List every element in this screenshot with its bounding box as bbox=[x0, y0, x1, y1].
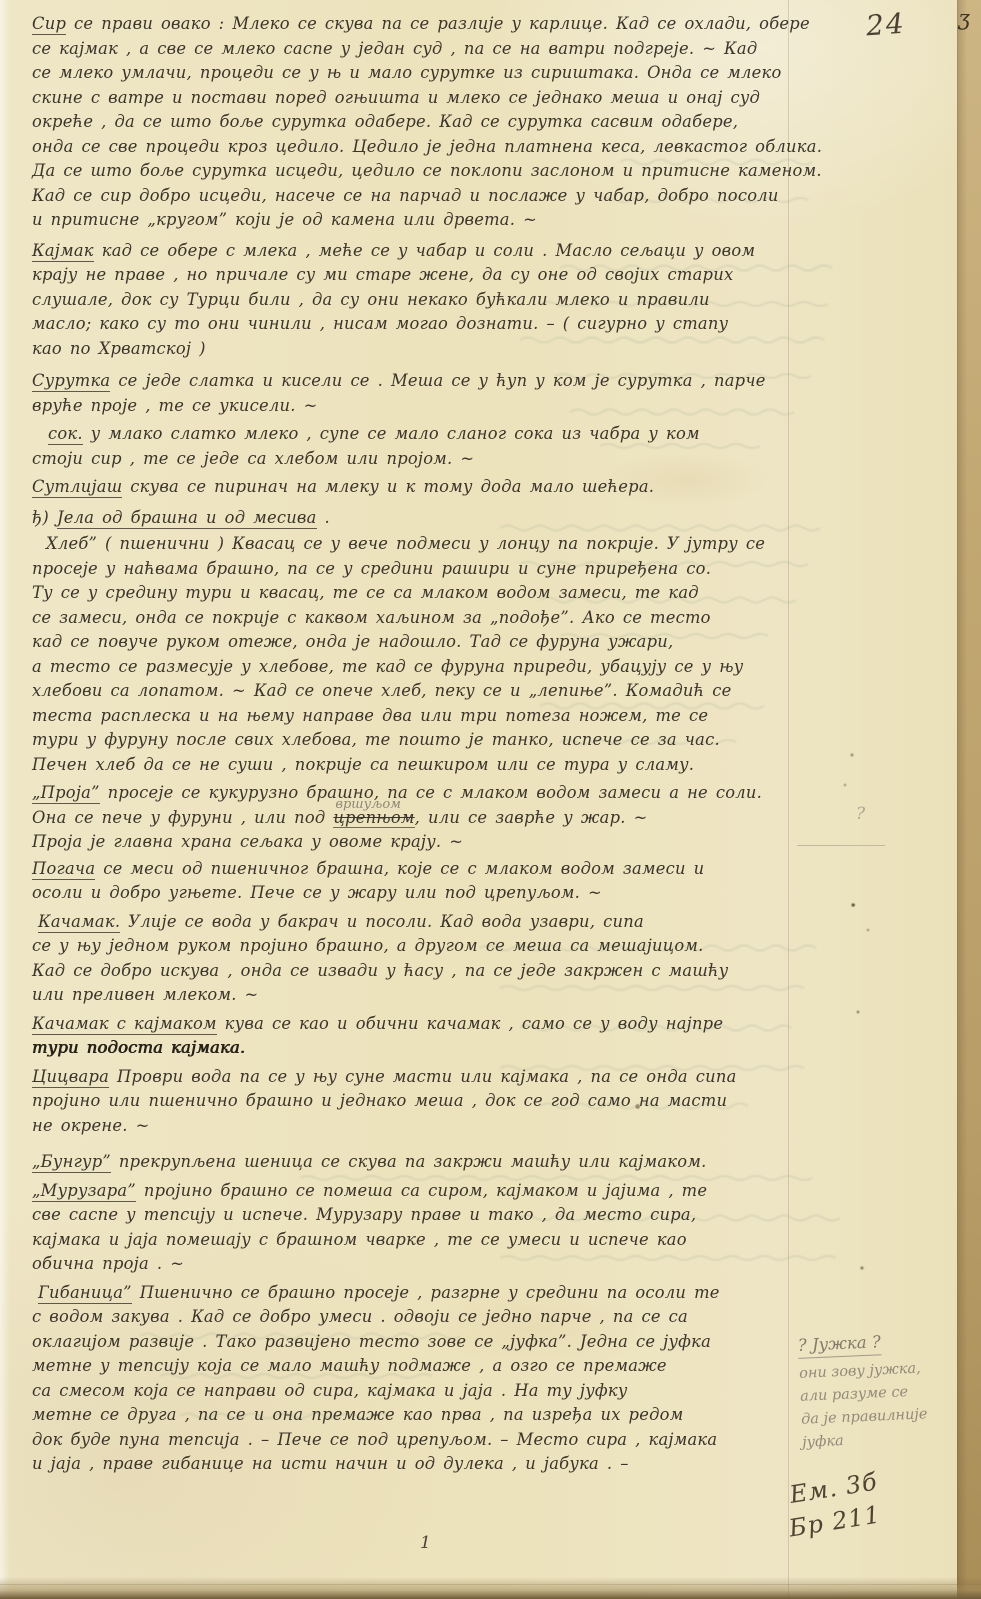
paragraph-kacamak: Качамак. Улије се вода у бакрач и посоли… bbox=[32, 910, 804, 1008]
manuscript-line: „Проја” просеје се кукурузно брашно, па … bbox=[32, 781, 804, 806]
manuscript-line: обична проја . ~ bbox=[32, 1252, 804, 1277]
left-edge-highlight bbox=[0, 0, 10, 1599]
pencil-question-mark: ? bbox=[856, 804, 865, 824]
manuscript-line: метне се друга , па се и она премаже као… bbox=[32, 1403, 804, 1428]
manuscript-line: оклагијом развије . Тако развијено тесто… bbox=[32, 1330, 804, 1355]
manuscript-line: као по Хрватској ) bbox=[32, 337, 804, 362]
manuscript-line: и јаја , праве гибанице на исти начин и … bbox=[32, 1452, 804, 1477]
manuscript-line: се кајмак , а све се млеко саспе у један… bbox=[32, 37, 804, 62]
paragraph-sok: сок. у млако слатко млеко , супе се мало… bbox=[32, 422, 804, 471]
paragraph-head: Качамак с кајмаком bbox=[32, 1014, 217, 1035]
manuscript-line: просеје у наћвама брашно, па се у средин… bbox=[32, 557, 804, 582]
manuscript-line: кајмака и јаја помешају с брашном чварке… bbox=[32, 1228, 804, 1253]
manuscript-line: док буде пуна тепсија . – Пече се под цр… bbox=[32, 1428, 804, 1453]
paragraph-head: „Бунгур” bbox=[32, 1152, 111, 1173]
manuscript-line: Сутлијаш скува се пиринач на млеку и к т… bbox=[32, 475, 804, 500]
manuscript-line: масло; како су то они чинили , нисам мог… bbox=[32, 312, 804, 337]
manuscript-line: Погача се меси од пшеничног брашна, које… bbox=[32, 857, 804, 882]
manuscript-line: Сир се прави овако : Млеко се скува па с… bbox=[32, 12, 804, 37]
manuscript-line: Печен хлеб да се не суши , покрије са пе… bbox=[32, 753, 804, 778]
manuscript-line: вруће проје , те се укисели. ~ bbox=[32, 394, 804, 419]
paragraph-hleb: Хлеб” ( пшенични ) Квасац се у вече подм… bbox=[32, 532, 804, 777]
manuscript-line: Кајмак кад се обере с млека , меће се у … bbox=[32, 239, 804, 264]
paragraph-head: Качамак. bbox=[38, 912, 120, 933]
paragraph-head: „Проја” bbox=[32, 783, 100, 804]
section-heading-jela: ђ) Јела од брашна и од месива . bbox=[32, 506, 804, 531]
manuscript-line: слушале, док су Турци били , да су они н… bbox=[32, 288, 804, 313]
manuscript-line: Гибаница” Пшенично се брашно просеје , р… bbox=[32, 1281, 804, 1306]
manuscript-line: скине с ватре и постави поред огњишта и … bbox=[32, 86, 804, 111]
manuscript-line: и притисне „кругом” који је од камена ил… bbox=[32, 208, 804, 233]
page-number: 24 bbox=[865, 7, 907, 43]
manuscript-line: с водом закува . Кад се добро умеси . од… bbox=[32, 1305, 804, 1330]
manuscript-line: теста расплеска и на њему направе два ил… bbox=[32, 704, 804, 729]
paragraph-kacamak-s-kajmakom: Качамак с кајмаком кува се као и обични … bbox=[32, 1012, 804, 1061]
manuscript-line: онда се све процеди кроз цедило. Цедило … bbox=[32, 135, 804, 160]
bottom-page-mark: 1 bbox=[420, 1533, 431, 1553]
manuscript-line: се млеко умлачи, процеди се у њ и мало с… bbox=[32, 61, 804, 86]
manuscript-line: Хлеб” ( пшенични ) Квасац се у вече подм… bbox=[32, 532, 804, 557]
manuscript-line: Да се што боље сурутка исцеди, цедило се… bbox=[32, 159, 804, 184]
paragraph-kajmak: Кајмак кад се обере с млека , меће се у … bbox=[32, 239, 804, 362]
manuscript-line: стоји сир , те се једе са хлебом или про… bbox=[32, 447, 804, 472]
paragraph-head: „Мурузара” bbox=[32, 1181, 136, 1202]
paragraph-sir: Сир се прави овако : Млеко се скува па с… bbox=[32, 12, 804, 233]
paragraph-head: Погача bbox=[32, 859, 95, 880]
paragraph-head: Кајмак bbox=[32, 241, 94, 262]
manuscript-line: тури у фуруну после свих хлебова, те пош… bbox=[32, 728, 804, 753]
manuscript-line: тури подоста кајмака. bbox=[32, 1036, 804, 1061]
manuscript-line: Она се пече у фуруни , или под црепњомвр… bbox=[32, 806, 804, 831]
manuscript-line: Кад се добро искува , онда се извади у ћ… bbox=[32, 959, 804, 984]
manuscript-line: хлебови са лопатом. ~ Кад се опече хлеб,… bbox=[32, 679, 804, 704]
paragraph-head: Јела од брашна и од месива bbox=[57, 508, 317, 529]
paragraph-head: Сир bbox=[32, 14, 66, 35]
paragraph-bungur: „Бунгур” прекрупљена шеница се скува па … bbox=[32, 1150, 804, 1175]
manuscript-line: не окрене. ~ bbox=[32, 1114, 804, 1139]
manuscript-line: Качамак с кајмаком кува се као и обични … bbox=[32, 1012, 804, 1037]
manuscript-line: метне у тепсију која се мало машћу подма… bbox=[32, 1354, 804, 1379]
paragraph-head: сок. bbox=[48, 424, 83, 445]
manuscript-line: окреће , да се што боље сурутка одабере.… bbox=[32, 110, 804, 135]
manuscript-line: све саспе у тепсију и испече. Мурузару п… bbox=[32, 1203, 804, 1228]
pencil-margin-note: ? Јужка ? они зову јужка, али разуме се … bbox=[797, 1326, 977, 1455]
manuscript-line: а тесто се размесује у хлебове, те кад с… bbox=[32, 655, 804, 680]
manuscript-line: крају не праве , но причале су ми старе … bbox=[32, 263, 804, 288]
paragraph-muruzara: „Мурузара” пројино брашно се помеша са с… bbox=[32, 1179, 804, 1277]
manuscript-line: сок. у млако слатко млеко , супе се мало… bbox=[32, 422, 804, 447]
manuscript-line: кад се повуче руком отеже, онда је надош… bbox=[32, 630, 804, 655]
manuscript-line: „Бунгур” прекрупљена шеница се скува па … bbox=[32, 1150, 804, 1175]
manuscript-line: се замеси, онда се покрије с каквом хаљи… bbox=[32, 606, 804, 631]
manuscript-line: Сурутка се једе слатка и кисели се . Меш… bbox=[32, 369, 804, 394]
pencil-note-title: ? Јужка ? bbox=[797, 1330, 881, 1359]
paragraph-pogaca: Погача се меси од пшеничног брашна, које… bbox=[32, 857, 804, 906]
pencil-underline-mark bbox=[797, 845, 885, 846]
manuscript-line: се у њу једном руком пројино брашно, а д… bbox=[32, 934, 804, 959]
manuscript-line: Качамак. Улије се вода у бакрач и посоли… bbox=[32, 910, 804, 935]
manuscript-line: Цицвара Проври вода па се у њу суне маст… bbox=[32, 1065, 804, 1090]
manuscript-page: 24 ʒ Сир се прави овако : Млеко се скува… bbox=[0, 0, 981, 1599]
paragraph-sutlijas: Сутлијаш скува се пиринач на млеку и к т… bbox=[32, 475, 804, 500]
manuscript-line: осоли и добро угњете. Пече се у жару или… bbox=[32, 881, 804, 906]
pencil-correction: вршуљом bbox=[335, 793, 401, 818]
paragraph-proja: „Проја” просеје се кукурузно брашно, па … bbox=[32, 781, 804, 855]
paragraph-head: Сутлијаш bbox=[32, 477, 122, 498]
manuscript-line: или преливен млеком. ~ bbox=[32, 983, 804, 1008]
manuscript-line: Проја је главна храна сељака у овоме кра… bbox=[32, 830, 804, 855]
manuscript-line: ђ) Јела од брашна и од месива . bbox=[32, 506, 804, 531]
paragraph-cicvara: Цицвара Проври вода па се у њу суне маст… bbox=[32, 1065, 804, 1139]
paragraph-gibanica: Гибаница” Пшенично се брашно просеје , р… bbox=[32, 1281, 804, 1477]
paragraph-head: Сурутка bbox=[32, 371, 110, 392]
manuscript-line: „Мурузара” пројино брашно се помеша са с… bbox=[32, 1179, 804, 1204]
manuscript-line: Кад се сир добро исцеди, насече се на па… bbox=[32, 184, 804, 209]
bottom-edge-shadow bbox=[0, 1584, 981, 1599]
corner-mark: ʒ bbox=[958, 6, 970, 30]
manuscript-line: пројино или пшенично брашно и једнако ме… bbox=[32, 1089, 804, 1114]
paragraph-surutka: Сурутка се једе слатка и кисели се . Меш… bbox=[32, 369, 804, 418]
struck-word: црепњомвршуљом bbox=[333, 808, 414, 828]
manuscript-line: Ту се у средину тури и квасац, те се са … bbox=[32, 581, 804, 606]
paragraph-head: Хлеб” bbox=[46, 534, 97, 553]
manuscript-line: са смесом која се направи од сира, кајма… bbox=[32, 1379, 804, 1404]
paragraph-head: Цицвара bbox=[32, 1067, 109, 1088]
paragraph-head: Гибаница” bbox=[38, 1283, 132, 1304]
manuscript-text: Сир се прави овако : Млеко се скува па с… bbox=[32, 12, 804, 1477]
inventory-note: Ем. 3б Бр 211 bbox=[787, 1465, 885, 1544]
